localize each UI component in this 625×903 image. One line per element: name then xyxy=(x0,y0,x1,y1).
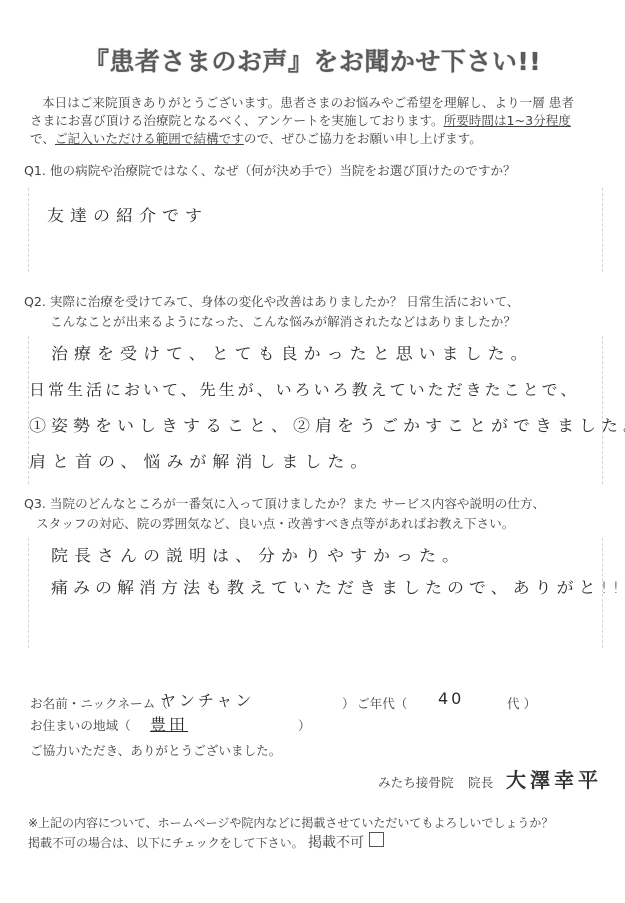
intro-text: さまにお喜び頂ける治療院となるべく、アンケートを実施しております。 xyxy=(30,113,444,128)
intro-paragraph: 本日はご来院頂きありがとうございます。患者さまのお悩みやご希望を理解し、より一層… xyxy=(30,94,610,148)
answer-box-2: 治療を受けて、とても良かったと思いました。 日常生活において、先生が、いろいろ教… xyxy=(28,336,603,484)
intro-text: ので、ぜひご協力をお願い申し上げます。 xyxy=(244,131,482,146)
answer-box-3: 院長さんの説明は、分かりやすかった。 痛みの解消方法も教えていただきましたので、… xyxy=(28,538,603,648)
area-field-label: お住まいの地域（ xyxy=(30,715,131,734)
time-note: 所要時間は1~3分程度 xyxy=(444,113,571,128)
name-field-label: お名前・ニックネーム（ xyxy=(30,693,168,712)
question-2-line-1: Q2. 実際に治療を受けてみて、身体の変化や改善はありましたか？ 日常生活におい… xyxy=(24,294,519,309)
director-signature: 大澤幸平 xyxy=(506,764,602,793)
range-note: ご記入いただける範囲で結構です xyxy=(55,131,244,146)
director-role: 院長 xyxy=(468,772,493,791)
intro-line-1: 本日はご来院頂きありがとうございます。患者さまのお悩みやご希望を理解し、より一層… xyxy=(30,94,610,112)
answer-1-line-1: 友達の紹介です xyxy=(47,202,208,226)
answer-2-line-1: 治療を受けて、とても良かったと思いました。 xyxy=(51,340,534,364)
answer-3-line-2: 痛みの解消方法も教えていただきましたので、ありがと!! xyxy=(51,574,624,598)
name-field-value[interactable]: ヤンチャン xyxy=(160,688,254,711)
no-publish-label: 掲載不可 xyxy=(308,832,364,852)
intro-line-3: で、ご記入いただける範囲で結構ですので、ぜひご協力をお願い申し上げます。 xyxy=(30,130,610,148)
thanks-text: ご協力いただき、ありがとうございました。 xyxy=(30,740,281,759)
question-1: Q1. 他の病院や治療院ではなく、なぜ（何が決め手で）当院をお選び頂けたのですか… xyxy=(24,161,614,181)
question-3: Q3. 当院のどんなところが一番気に入って頂けましたか？また サービス内容や説明… xyxy=(24,494,614,534)
intro-line-2: さまにお喜び頂ける治療院となるべく、アンケートを実施しております。所要時間は1~… xyxy=(30,112,610,130)
clinic-name: みたち接骨院 xyxy=(378,772,454,791)
page-title: 『患者さまのお声』をお聞かせ下さい!! xyxy=(0,42,625,78)
age-field-value[interactable]: 40 xyxy=(438,689,464,708)
question-3-line-2: スタッフの対応、院の雰囲気など、良い点・改善すべき点等があればお教え下さい。 xyxy=(24,514,614,534)
intro-text: で、 xyxy=(30,131,55,146)
question-2: Q2. 実際に治療を受けてみて、身体の変化や改善はありましたか？ 日常生活におい… xyxy=(24,292,614,332)
area-field-value[interactable]: 豊田 xyxy=(150,712,188,735)
age-field-label: ご年代（ xyxy=(357,693,407,712)
answer-box-1: 友達の紹介です xyxy=(28,188,603,272)
answer-2-line-3: ①姿勢をいしきすること、②肩をうごかすことができました。 xyxy=(29,412,625,436)
publish-consent-question: ※上記の内容について、ホームページや院内などに掲載させていただいてもよろしいでし… xyxy=(28,814,553,831)
name-field-close: ） xyxy=(342,693,355,712)
area-field-close: ） xyxy=(298,715,311,734)
publish-consent-instruction: 掲載不可の場合は、以下にチェックをして下さい。 xyxy=(28,834,304,851)
answer-2-line-2: 日常生活において、先生が、いろいろ教えていただきたことで、 xyxy=(29,378,579,400)
question-2-line-2: こんなことが出来るようになった、こんな悩みが解消されたなどはありましたか？ xyxy=(24,312,614,332)
answer-2-line-4: 肩と首の、悩みが解消しました。 xyxy=(29,448,373,472)
answer-3-line-1: 院長さんの説明は、分かりやすかった。 xyxy=(51,542,465,566)
question-3-line-1: Q3. 当院のどんなところが一番気に入って頂けましたか？また サービス内容や説明… xyxy=(24,496,545,511)
age-field-suffix: 代 ） xyxy=(507,693,536,712)
no-publish-checkbox[interactable] xyxy=(369,832,384,847)
